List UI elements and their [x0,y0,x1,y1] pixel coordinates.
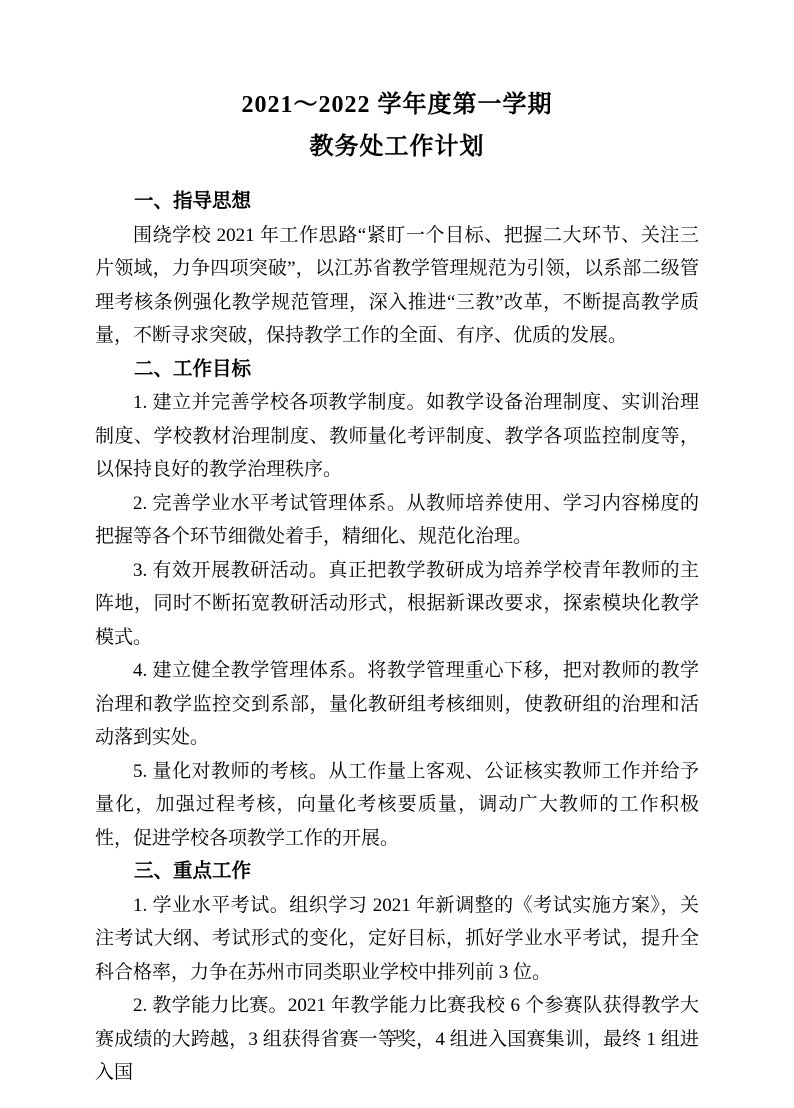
paragraph-goal-3: 3. 有效开展教研活动。真正把教学教研成为培养学校青年教师的主阵地，同时不断拓宽… [95,554,699,655]
section-heading-work-goals: 二、工作目标 [95,353,699,387]
document-page: 2021～2022 学年度第一学期 教务处工作计划 一、指导思想 围绕学校 20… [0,0,794,1108]
section-heading-key-tasks: 三、重点工作 [95,855,699,889]
document-title-line1: 2021～2022 学年度第一学期 [95,84,699,126]
section-heading-guiding-ideology: 一、指导思想 [95,185,699,219]
paragraph-task-1: 1. 学业水平考试。组织学习 2021 年新调整的《考试实施方案》，关注考试大纲… [95,889,699,990]
section-key-tasks: 三、重点工作 1. 学业水平考试。组织学习 2021 年新调整的《考试实施方案》… [95,855,699,1090]
page-number: 1 [0,1026,794,1044]
paragraph-goal-1: 1. 建立并完善学校各项教学制度。如教学设备治理制度、实训治理制度、学校教材治理… [95,386,699,487]
paragraph-goal-2: 2. 完善学业水平考试管理体系。从教师培养使用、学习内容梯度的把握等各个环节细微… [95,487,699,554]
section-work-goals: 二、工作目标 1. 建立并完善学校各项教学制度。如教学设备治理制度、实训治理制度… [95,353,699,856]
document-title-block: 2021～2022 学年度第一学期 教务处工作计划 [95,84,699,168]
document-title-line2: 教务处工作计划 [95,126,699,168]
section-guiding-ideology: 一、指导思想 围绕学校 2021 年工作思路“紧盯一个目标、把握二大环节、关注三… [95,185,699,353]
paragraph-goal-5: 5. 量化对教师的考核。从工作量上客观、公证核实教师工作并给予量化，加强过程考核… [95,755,699,856]
paragraph-guiding-ideology: 围绕学校 2021 年工作思路“紧盯一个目标、把握二大环节、关注三片领域，力争四… [95,219,699,353]
paragraph-goal-4: 4. 建立健全教学管理体系。将教学管理重心下移，把对教师的教学治理和教学监控交到… [95,654,699,755]
